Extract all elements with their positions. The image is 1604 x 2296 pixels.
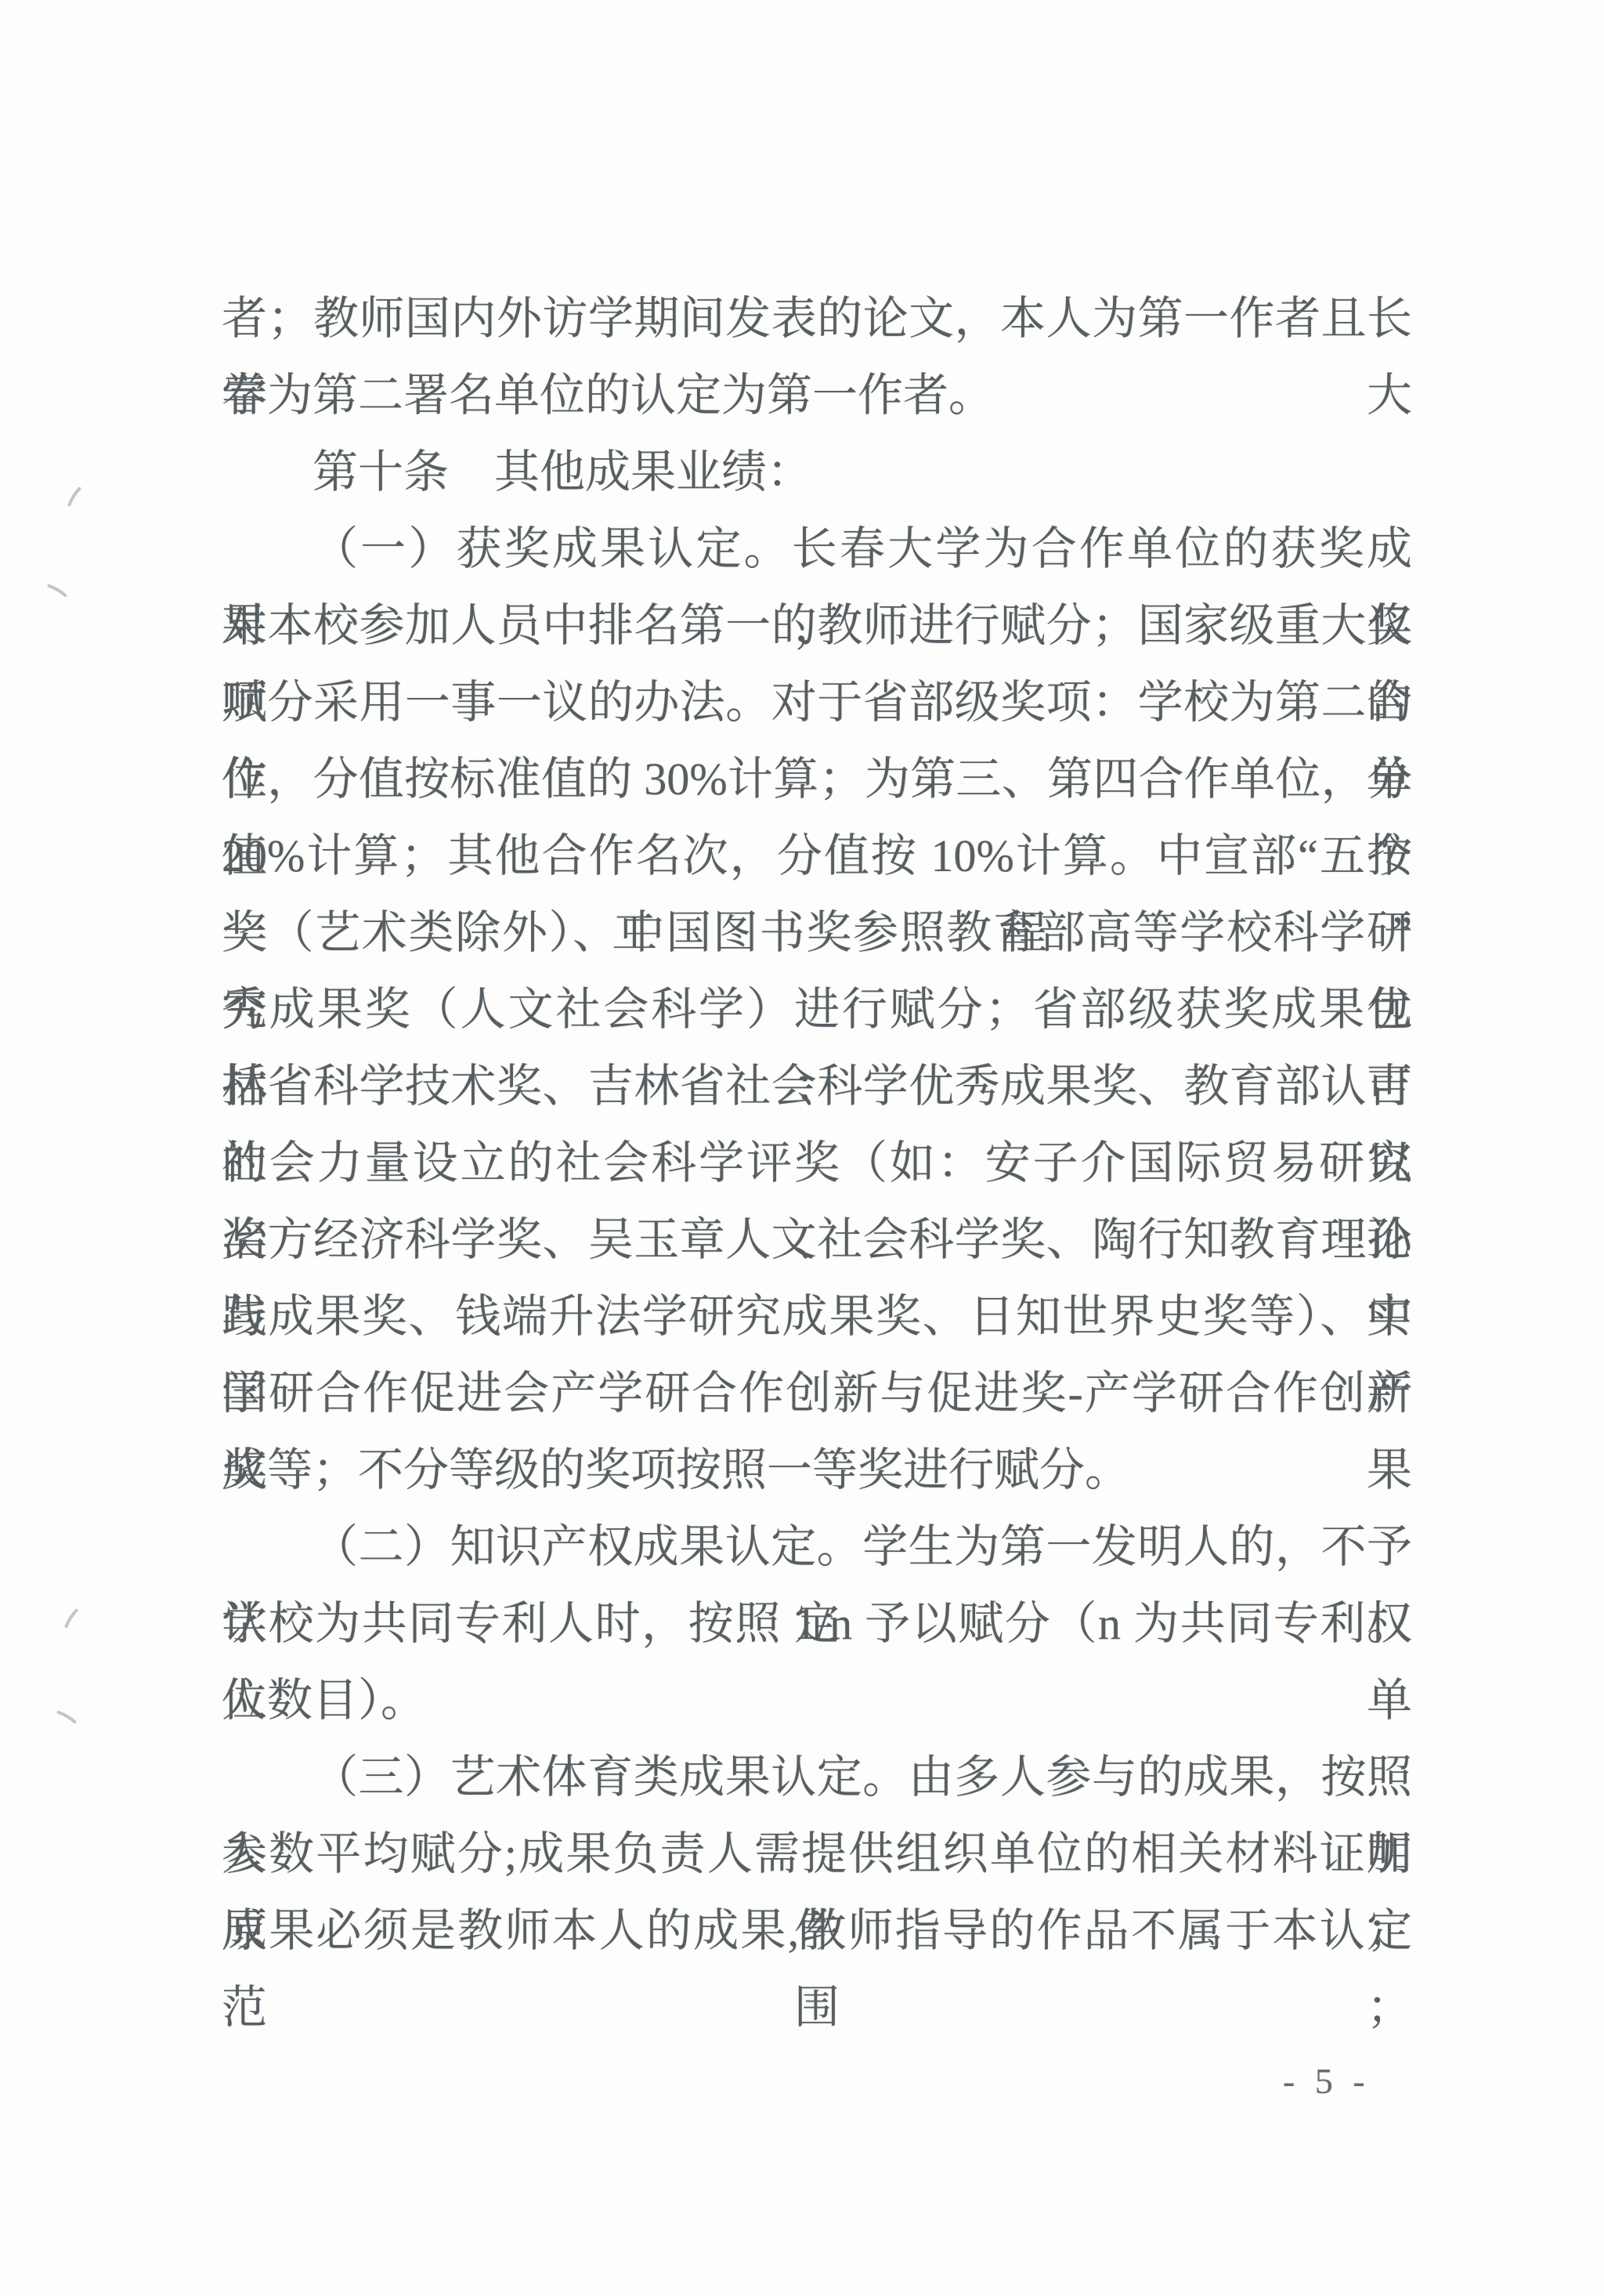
text-line: （二）知识产权成果认定。学生为第一发明人的，不予认定。: [222, 1509, 1412, 1586]
text-line: 林省科学技术奖、吉林省社会科学优秀成果奖、教育部认可的以: [222, 1048, 1412, 1125]
pen-mark-icon: [55, 1708, 78, 1727]
page-number: - 5 -: [1283, 2060, 1371, 2102]
text-line: （三）艺术体育类成果认定。由多人参与的成果，按照参加: [222, 1739, 1412, 1816]
section-heading: 第十条 其他成果业绩：: [222, 434, 1412, 511]
text-line: 对本校参加人员中排名第一的教师进行赋分；国家级重大奖项的: [222, 588, 1412, 664]
text-line: （一）获奖成果认定。长春大学为合作单位的获奖成果，仅: [222, 511, 1412, 588]
pen-mark-icon: [45, 581, 69, 601]
text-line: 人数平均赋分;成果负责人需提供组织单位的相关材料证明原件；: [222, 1816, 1412, 1893]
document-page: 者；教师国内外访学期间发表的论文，本人为第一作者且长春大 学为第二署名单位的认定…: [0, 0, 1604, 2296]
text-line: 学校为共同专利人时，按照 1/n 予以赋分（n 为共同专利权人单: [222, 1586, 1412, 1662]
document-body: 者；教师国内外访学期间发表的论文，本人为第一作者且长春大 学为第二署名单位的认定…: [222, 280, 1412, 1969]
text-line: 践成果奖、钱端升法学研究成果奖、日知世界史奖等）、中国产: [222, 1278, 1412, 1355]
text-line: 学研合作促进会产学研合作创新与促进奖-产学研合作创新成果: [222, 1355, 1412, 1432]
pen-mark-icon: [61, 1607, 81, 1631]
pen-mark-icon: [64, 485, 85, 509]
text-line: 位，分值按标准值的 30%计算；为第三、第四合作单位，分值按: [222, 741, 1412, 818]
text-line: 冶方经济科学奖、吴玉章人文社会科学奖、陶行知教育理论与实: [222, 1202, 1412, 1278]
text-line: 奖（艺术类除外）、中国图书奖参照教育部高等学校科学研究优: [222, 895, 1412, 971]
text-line: 秀成果奖（人文社会科学）进行赋分；省部级获奖成果包括：吉: [222, 971, 1412, 1048]
text-line: 20%计算；其他合作名次，分值按 10%计算。中宣部“五个一工程”: [222, 818, 1412, 895]
text-line: 者；教师国内外访学期间发表的论文，本人为第一作者且长春大: [222, 280, 1412, 357]
text-line: 成果必须是教师本人的成果,教师指导的作品不属于本认定范围；: [222, 1893, 1412, 1969]
text-line: 社会力量设立的社会科学评奖（如：安子介国际贸易研究奖、孙: [222, 1125, 1412, 1202]
text-line: 赋分采用一事一议的办法。对于省部级奖项：学校为第二合作单: [222, 664, 1412, 741]
